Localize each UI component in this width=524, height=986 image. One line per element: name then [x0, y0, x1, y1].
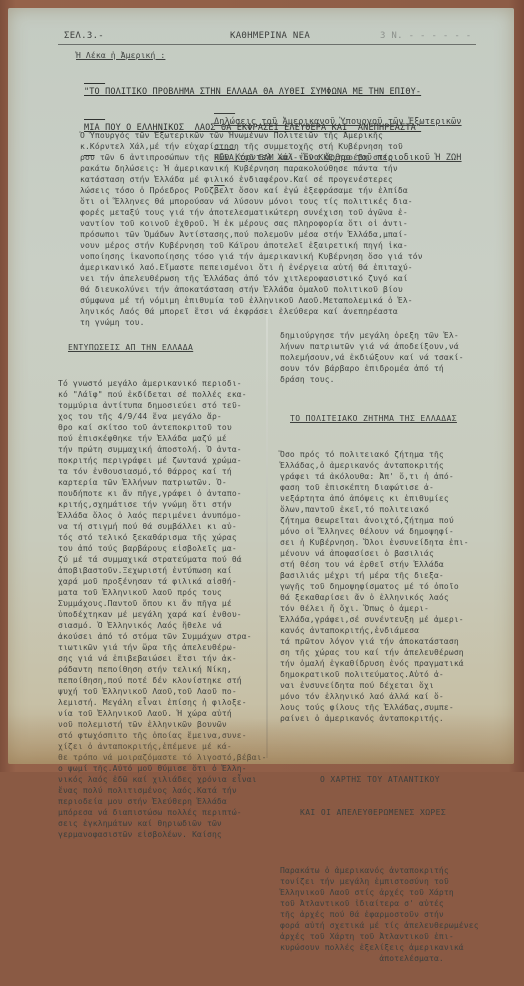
text-line: κό "Λάϊφ" πού ἐκδίδεται σέ πολλές εκα-: [58, 389, 268, 400]
text-line: ὅλων,παντοῦ ἐκεῖ,τό πολιτειακό: [280, 504, 520, 515]
text-line: γράφει τά ἀκόλουθα: Ἀπ' ὅ,τι ἡ ἀπό-: [280, 471, 520, 482]
text-line: πεποίθηση,πού ποτέ δέν κλονίστηκε στή: [58, 675, 268, 686]
left-column-body: Τό γνωστό μεγάλο ἀμερικανικό περιοδι-κό …: [58, 378, 268, 772]
text-line: Ἑλλάδας,ὁ ἀμερικανός ἀνταποκριτής: [280, 460, 520, 471]
text-line: χίζει ὁ ἀνταποκριτής,ἐπέμενε μέ κά-: [58, 741, 268, 752]
text-line: Ὁ Ὑπουργός τῶν Ἐξωτερικῶν τῶν Ἡνωμένων Π…: [80, 130, 510, 141]
text-line: θά ξεκαθαρίσει ἄν ὁ ἑλληνικός λαός: [280, 592, 520, 603]
text-line: ρακάτω δηλώσεις: Ἡ ἀμερικανική Κυβέρνηση…: [80, 163, 510, 174]
text-line: ράδαντη πεποίθηση στήν τελική Νίκη,: [58, 664, 268, 675]
text-line: κατάσταση στήν Ἑλλάδα μέ φιλικό ἐνδιαφέρ…: [80, 174, 510, 185]
text-line: καρτερία τῶν Ἑλλήνων πατριωτῶν. Ὁ-: [58, 477, 268, 488]
text-line: ο ψωμί τῆς.Αὐτό μοῦ θύμισε ὅτι ὁ Ἑλλη-: [58, 763, 268, 772]
text-line: λεμιστή. Μεγάλη εἶναι ἐπίσης ἡ φιλοξε-: [58, 697, 268, 708]
text-line: θρο καί σκίτσο τοῦ ἀντεποκριτοῦ του: [58, 422, 268, 433]
text-line: νουν μέρος στήν Κυβέρνηση τοῦ Κάϊρου ἀπο…: [80, 240, 510, 251]
section-title: ΕΝΤΥΠΩΣΕΙΣ ΑΠ ΤΗΝ ΕΛΛΑΔΑ: [68, 342, 268, 353]
text-line: πού ἐπισκέφθηκε τήν Ἑλλάδα μαζύ μέ: [58, 433, 268, 444]
text-line: δημοκρατικοῦ πολιτεύματος.Αὐτό ἀ-: [280, 669, 520, 680]
subhead-line: Δηλώσεις τοῦ Ἀμερικανοῦ Ὑπουργοῦ τῶν Ἐξω…: [214, 116, 462, 128]
text-line: νία τοῦ Ἑλληνικοῦ Λαοῦ. Ἡ χώρα αὐτή: [58, 708, 268, 719]
text-line: Συμμάχους.Παντοῦ ὅπου κι ἄν πῆγα μέ: [58, 598, 268, 609]
text-line: χος του τῆς 4/9/44 ἕνα μεγάλο ἄρ-: [58, 411, 268, 422]
text-line: γωγῆς τοῦ δημοψηφίσματος μέ τό ὁποῖο: [280, 581, 520, 592]
article-kicker: Ἡ Λέκα ἡ Ἀμερική :: [76, 50, 165, 61]
text-line: ζύ μέ τά συμμαχικά στρατεύματα πού θά: [58, 554, 268, 565]
right-column-continuation: δημιούργησε τήν μεγάλη ὀρεξη τῶν Ἑλ-λήνω…: [280, 330, 520, 385]
text-line: κ.Κόρντελ Χάλ,μέ τήν εὐχαρίστηση τῆς συμ…: [80, 141, 510, 152]
text-line: στό φτωχόσπιτο τῆς ὁποίας ἔμεινα,συνε-: [58, 730, 268, 741]
text-line: δράση τους.: [280, 374, 520, 385]
text-line: μένουν νά ἀποφασίσει ὁ βασιλιάς: [280, 548, 520, 559]
text-line: χαρά μοῦ προξένησαν τά φιλικά αἰσθή-: [58, 576, 268, 587]
text-line: φαση τοῦ ἐπισκέπτη διαφώτισε ἀ-: [280, 482, 520, 493]
text-line: σιασμό. Ὁ Ἑλληνικός Λαός ἤθελε νά: [58, 620, 268, 631]
text-line: ναντίον τοῦ κοινοῦ ἐχθροῦ. Ἡ ἐκ μέρους σ…: [80, 218, 510, 229]
text-line: Ἑλλάδα ὅλος ὁ λαός περιμένει ἀνυπόμο-: [58, 510, 268, 521]
text-line: πολεμήσουν,νά ἐκδιώξουν καί νά τσακί-: [280, 352, 520, 363]
text-line: τομμύρια ἀντίτυπα δημοσιεύει στό τεῦ-: [58, 400, 268, 411]
right-column-body: Ὅσο πρός τό πολιτειακό ζήτημα τῆςἙλλάδας…: [280, 449, 520, 724]
text-line: Ἑλλάδα,γράφει,σέ συνέντευξη μέ ἀμερι-: [280, 614, 520, 625]
text-line: σουν τόν βάρβαρο ἐπιδρομέα ἀπό τή: [280, 363, 520, 374]
text-line: ἀποβιβαστοῦν.Ξεχωριστή ἐντύπωση καί: [58, 565, 268, 576]
text-line: ψυχή τοῦ Ἑλληνικοῦ Λαοῦ,τοῦ Λαοῦ πο-: [58, 686, 268, 697]
text-line: ση τῆς χώρας του καί τήν ἀπελευθέρωση: [280, 647, 520, 658]
text-line: λους τούς φίλους τῆς Ἑλλάδας,συμπε-: [280, 702, 520, 713]
text-line: βασιλιάς μέχρι τή μέρα τῆς διεξα-: [280, 570, 520, 581]
text-line: λήνων πατριωτῶν γιά νά ἀποδείξουν,νά: [280, 341, 520, 352]
text-line: λώσεις τόσο ὁ Πρόεδρος Ροῦζβελτ ὅσον καί…: [80, 185, 510, 196]
text-line: τός στό τελικό ξεκαθάρισμα τῆς χώρας: [58, 532, 268, 543]
page-number: ΣΕΛ.3.-: [64, 31, 104, 41]
text-line: νοποίησης ἱκανοποίησης τόσο γιά τήν ἀμερ…: [80, 251, 510, 262]
text-line: να τή στιγμή πού θά συμβάλλει κι αὐ-: [58, 521, 268, 532]
text-line: ραίνει ὁ ἀμερικανός ἀνταποκριτής.: [280, 713, 520, 724]
text-line: κανός ἀνταποκριτής,ἐνδιάμεσα: [280, 625, 520, 636]
text-line: του ἀπό τούς βαρβάρους εἰσβολεῖς μα-: [58, 543, 268, 554]
text-line: πρόσωποι τῶν Ὁμάδων Ἀντίστασης,πού πολεμ…: [80, 229, 510, 240]
text-line: νοῦ πολεμιστή τῶν ἑλληνικῶν βουνῶν: [58, 719, 268, 730]
article-intro: Ὁ Ὑπουργός τῶν Ἐξωτερικῶν τῶν Ἡνωμένων Π…: [80, 130, 510, 328]
section2-title: Ο ΧΑΡΤΗΣ ΤΟΥ ΑΤΛΑΝΤΙΚΟΥ ΚΑΙ ΟΙ ΑΠΕΛΕΥΘΕΡ…: [320, 752, 520, 772]
text-line: δημιούργησε τήν μεγάλη ὀρεξη τῶν Ἑλ-: [280, 330, 520, 341]
text-line: ζήτημα θεωρεῖται ἀνοιχτό,ζήτημα πού: [280, 515, 520, 526]
text-line: ναι ἐνσυνείδητα πού δέχεται ὄχι: [280, 680, 520, 691]
text-line: Τό γνωστό μεγάλο ἀμερικανικό περιοδι-: [58, 378, 268, 389]
text-line: ματα τοῦ Ἑλληνικοῦ λαοῦ πρός τους: [58, 587, 268, 598]
text-line: ἀκούσει ἀπό τό στόμα τῶν Συμμάχων στρα-: [58, 631, 268, 642]
text-line: τόν θέλει ἤ ὄχι. Ὅπως ὁ ἀμερι-: [280, 603, 520, 614]
right-column: δημιούργησε τήν μεγάλη ὀρεξη τῶν Ἑλ-λήνω…: [280, 308, 520, 772]
text-line: μόνο οἱ Ἕλληνες θέλουν νά δημοψηφί-: [280, 526, 520, 537]
text-line: ὅτι οἱ Ἕλληνες θά μπορούσαν νά λύσουν μό…: [80, 196, 510, 207]
text-line: Ὅσο πρός τό πολιτειακό ζήτημα τῆς: [280, 449, 520, 460]
text-line: τήν πρώτη συμμαχική ἀποστολή. Ὁ ἀντα-: [58, 444, 268, 455]
text-line: ποκριτής περιγράφει μέ ζωντανά χρώμα-: [58, 455, 268, 466]
text-line: ρου τῶν 6 ἀντιπροσώπων τῆς ΠΕΕΑ,τοῦ ΕΑΜ …: [80, 152, 510, 163]
text-line: τά πρῶτον λόγον γιά τήν ἀποκατάσταση: [280, 636, 520, 647]
text-line: στή θέση του νά ἐρθεῖ στήν Ἑλλάδα: [280, 559, 520, 570]
page-header: ΣΕΛ.3.- ΚΑΘΗΜΕΡΙΝΑ ΝΕΑ 3 Ν. - - - - - -: [58, 30, 476, 45]
text-line: φορές μεταξύ τους γιά τήν ἀποτελεσματικώ…: [80, 207, 510, 218]
publication-title: ΚΑΘΗΜΕΡΙΝΑ ΝΕΑ: [230, 31, 310, 41]
text-line: ἀμερικανικό λαό.Εἴμαστε πεπεισμένοι ὅτι …: [80, 262, 510, 273]
left-column: ΕΝΤΥΠΩΣΕΙΣ ΑΠ ΤΗΝ ΕΛΛΑΔΑ Τό γνωστό μεγάλ…: [58, 318, 268, 772]
text-line: τήν ὁμαλή ἐγκαθίδρυση ἑνός πραγματικά: [280, 658, 520, 669]
text-line: νεξάρτητα ἀπό ἀπόψεις κι ἐπιθυμίες: [280, 493, 520, 504]
text-line: θε τρόπο νά μοιραζόμαστε τό λιγοστό,βέβα…: [58, 752, 268, 763]
text-line: τα τόν ἐνθουσιασμό,τό θάρρος καί τή: [58, 466, 268, 477]
text-line: νει τήν ἀπελευθέρωση τῆς Ἑλλάδας ἀπό τόν…: [80, 273, 510, 284]
text-line: κριτής,σχημάτισε τήν γνώμη ὅτι στήν: [58, 499, 268, 510]
text-line: ὑποδέχτηκαν μέ μεγάλη χαρά καί ἐνθου-: [58, 609, 268, 620]
text-line: πουδήποτε κι ἄν πῆγε,γράφει ὁ ἀνταπο-: [58, 488, 268, 499]
text-line: σης γιά νά ἐπιβεβαιώσει ἔτσι τήν ἀκ-: [58, 653, 268, 664]
section-title: ΤΟ ΠΟΛΙΤΕΙΑΚΟ ΖΗΤΗΜΑ ΤΗΣ ΕΛΛΑΔΑΣ: [290, 413, 520, 424]
text-line: μόνο τόν ἑλληνικό λαό ἀλλά καί ὅ-: [280, 691, 520, 702]
header-date: 3 Ν. - - - - - -: [380, 31, 472, 41]
text-line: σει ἡ Κυβέρνηση. Ὅλοι ἐνσυνείδητα ἐπι-: [280, 537, 520, 548]
document-page: ΣΕΛ.3.- ΚΑΘΗΜΕΡΙΝΑ ΝΕΑ 3 Ν. - - - - - - …: [8, 8, 514, 764]
text-line: σύμφωνα μέ τή νόμιμη ἐπιθυμία τοῦ ἑλληνι…: [80, 295, 510, 306]
text-line: θά διευκολύνει τήν ἀποκατάσταση στήν Ἑλλ…: [80, 284, 510, 295]
text-line: τιωτικῶν γιά τήν ὥρα τῆς ἀπελευθέρω-: [58, 642, 268, 653]
